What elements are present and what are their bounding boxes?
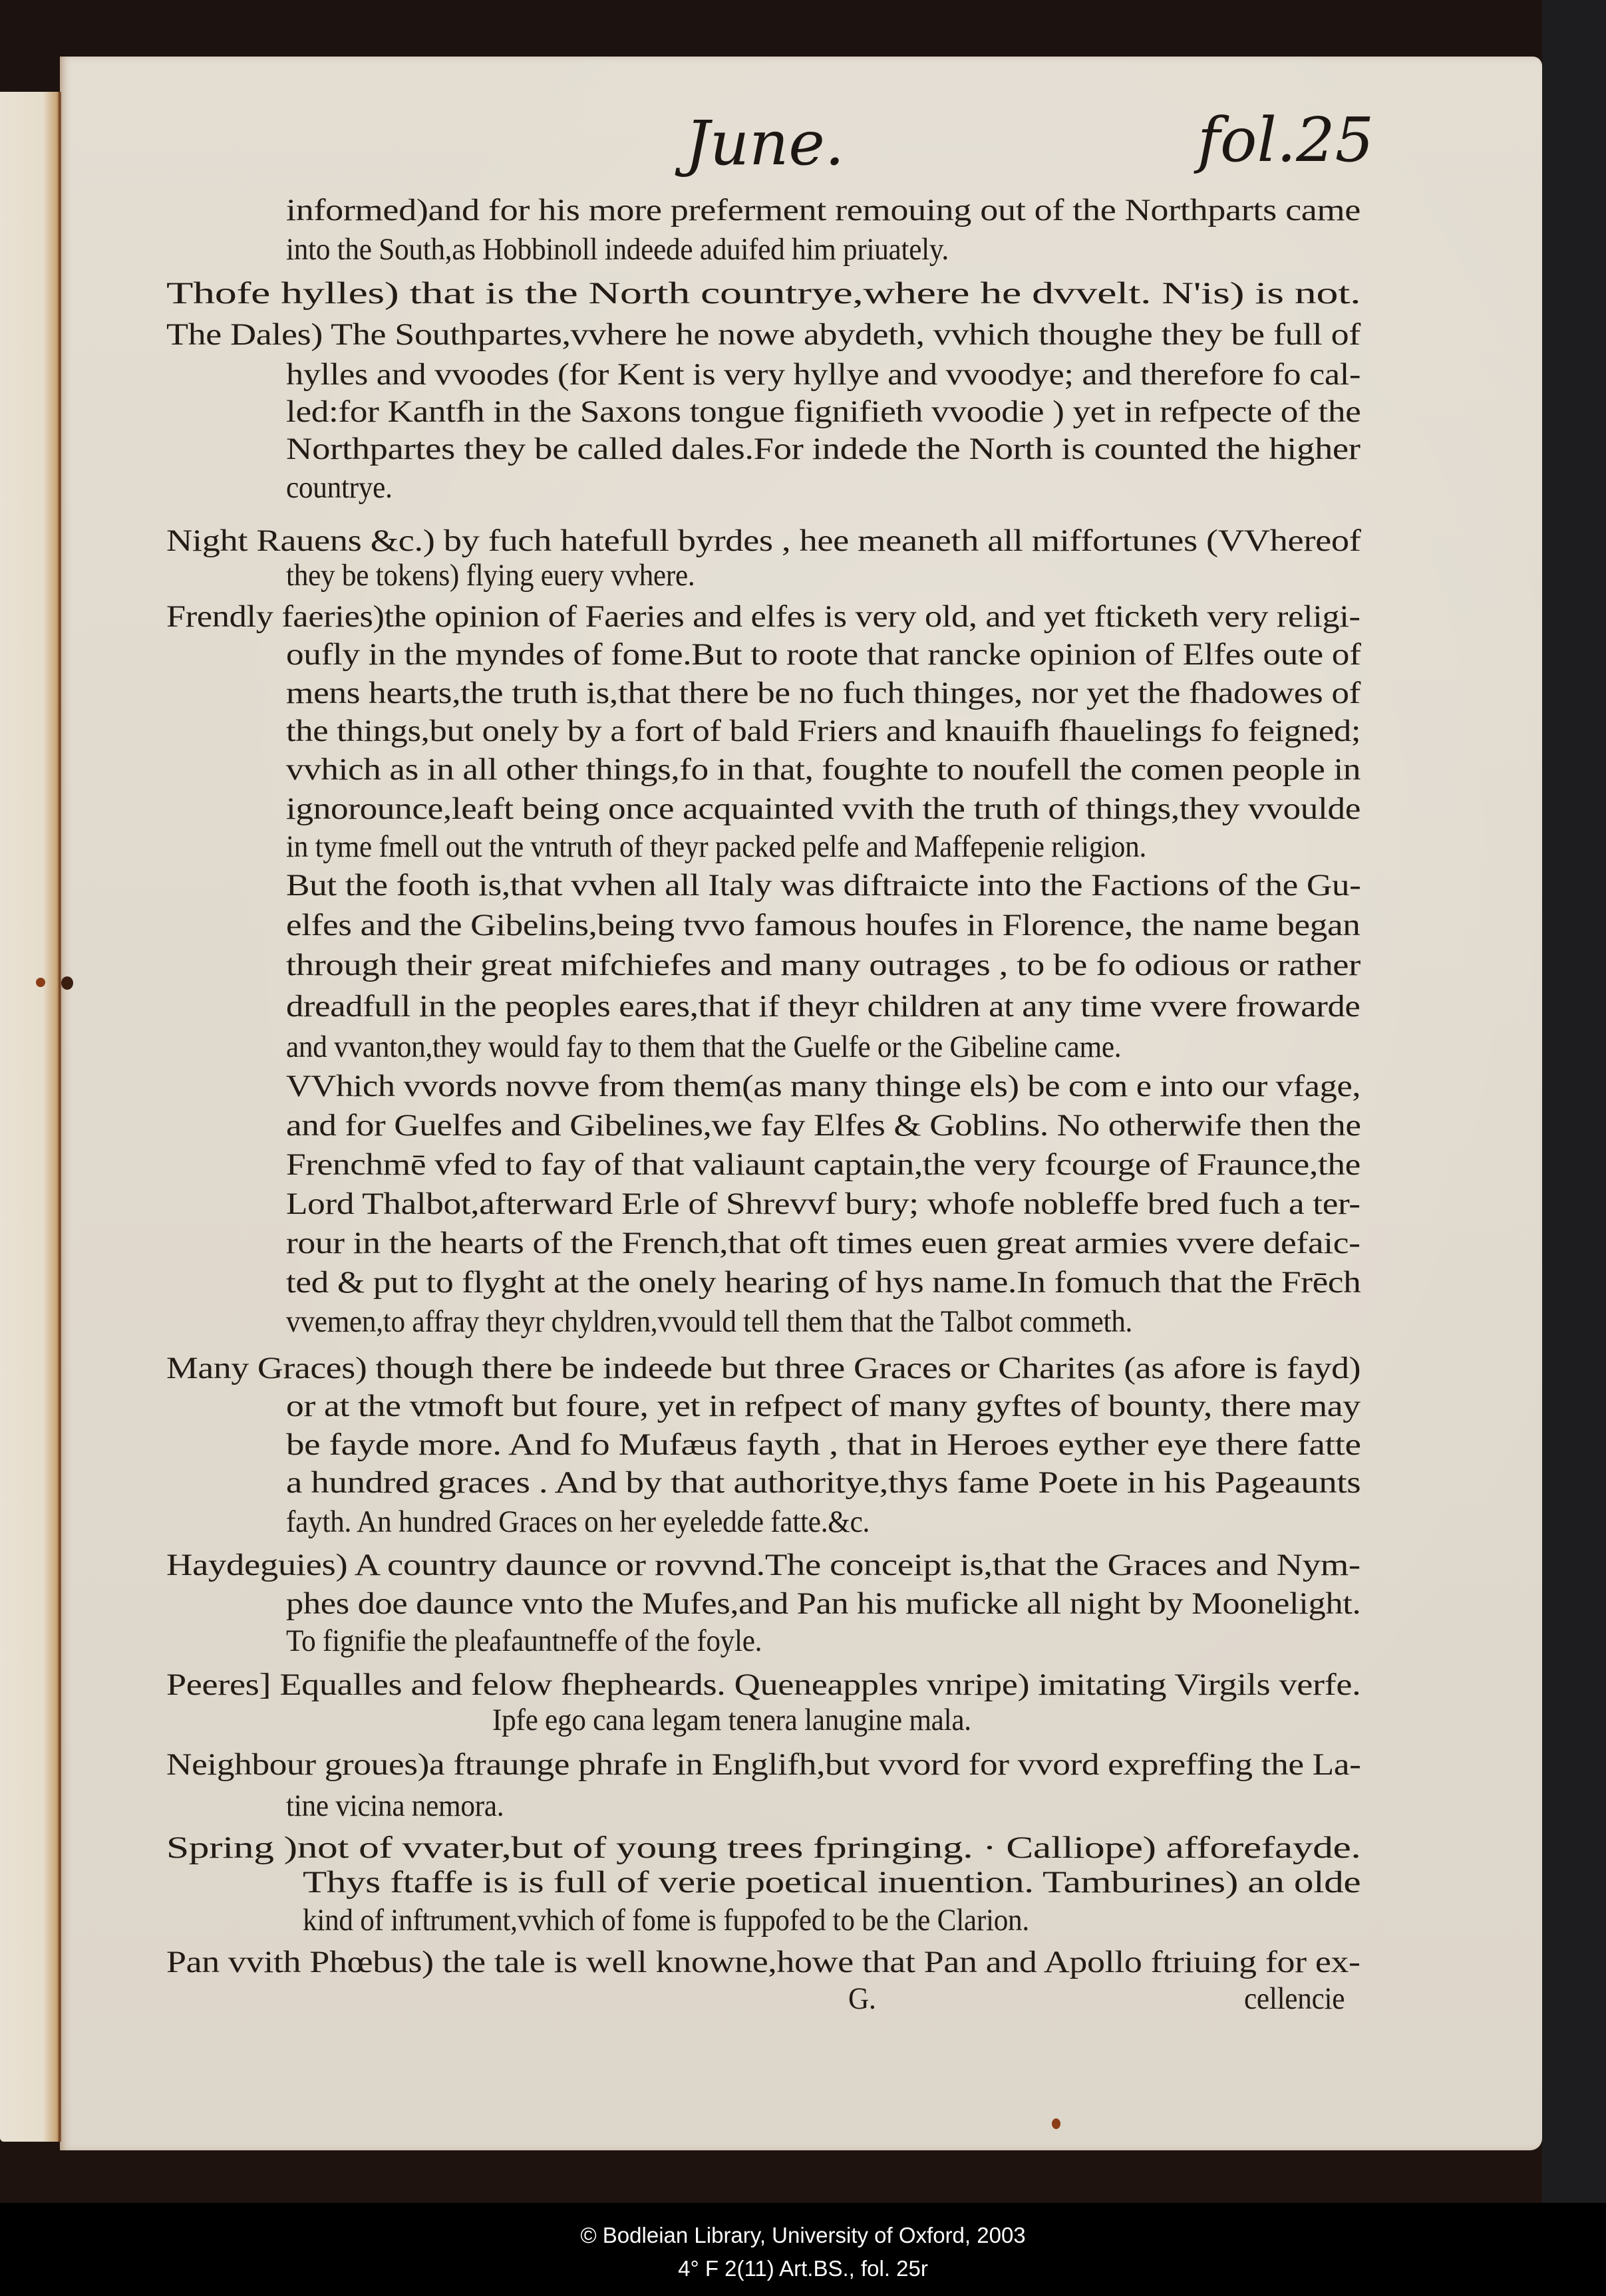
- text-line: Many Graces) though there be indeede but…: [166, 1353, 1361, 1384]
- text-line: through their great mifchiefes and many …: [286, 950, 1361, 981]
- wormhole-stain: [36, 978, 45, 987]
- text-line: Northpartes they be called dales.For ind…: [286, 434, 1361, 465]
- text-line: VVhich vvords novve from them(as many th…: [286, 1071, 1361, 1102]
- text-line: fayth. An hundred Graces on her eyeledde…: [286, 1507, 870, 1538]
- text-line: ted & put to flyght at the onely hearing…: [286, 1267, 1361, 1298]
- text-line: G.: [848, 1983, 876, 2015]
- text-line: mens hearts,the truth is,that there be n…: [286, 678, 1361, 709]
- text-line: Frendly faeries)the opinion of Faeries a…: [166, 601, 1361, 633]
- wormhole-stain: [61, 976, 73, 990]
- text-line: Ipfe ego cana legam tenera lanugine mala…: [492, 1705, 971, 1736]
- text-line: Night Rauens &c.) by fuch hatefull byrde…: [166, 525, 1361, 557]
- footer-band: © Bodleian Library, University of Oxford…: [0, 2203, 1606, 2296]
- text-line: Pan vvith Phœbus) the tale is well known…: [166, 1947, 1361, 1978]
- text-line: elfes and the Gibelins,being tvvo famous…: [286, 910, 1361, 941]
- text-line: phes doe daunce vnto the Mufes,and Pan h…: [286, 1588, 1361, 1620]
- text-line: Peeres] Equalles and felow fhepheards. Q…: [166, 1669, 1361, 1701]
- text-line: the things,but onely by a fort of bald F…: [286, 716, 1361, 747]
- text-line: kind of inftrument,vvhich of fome is fup…: [303, 1905, 1029, 1936]
- text-line: countrye.: [286, 472, 393, 503]
- text-line: and for Guelfes and Gibelines,we fay Elf…: [286, 1110, 1361, 1141]
- text-line: dreadfull in the peoples eares,that if t…: [286, 991, 1360, 1022]
- text-line: tine vicina nemora.: [286, 1791, 504, 1822]
- text-line: in tyme fmell out the vntruth of theyr p…: [286, 831, 1146, 863]
- text-line: Thys ftaffe is is full of verie poetical…: [303, 1867, 1361, 1898]
- text-line: be fayde more. And fo Mufæus fayth , tha…: [286, 1429, 1361, 1461]
- text-line: The Dales) The Southpartes,vvhere he now…: [166, 319, 1361, 351]
- text-line: hylles and vvoodes (for Kent is very hyl…: [286, 359, 1361, 390]
- text-line: Neighbour groues)a ftraunge phrafe in En…: [166, 1749, 1361, 1781]
- text-line: informed)and for his more preferment rem…: [286, 195, 1361, 226]
- gutter-fold: [59, 92, 61, 2142]
- text-line: vvhich as in all other things,fo in that…: [286, 754, 1361, 786]
- running-title: June.: [685, 113, 844, 174]
- text-line: oufly in the myndes of fome.But to roote…: [286, 639, 1361, 670]
- text-line: into the South,as Hobbinoll indeede adui…: [286, 234, 949, 265]
- text-line: a hundred graces . And by that authority…: [286, 1467, 1361, 1499]
- ink-spot: [1052, 2118, 1060, 2129]
- text-line: But the footh is,that vvhen all Italy wa…: [286, 870, 1361, 901]
- folio-number: fol.25: [1198, 110, 1374, 171]
- text-line: To fignifie the pleafauntneffe of the fo…: [286, 1626, 762, 1657]
- backdrop-right-panel: [1542, 0, 1606, 2203]
- facing-page-edge: [0, 92, 61, 2142]
- text-line: ignorounce,leaft being once acquainted v…: [286, 793, 1361, 825]
- text-line: vvemen,to affray theyr chyldren,vvould t…: [286, 1306, 1132, 1338]
- text-line: Haydeguies) A country daunce or rovvnd.T…: [166, 1550, 1361, 1581]
- shelfmark-caption: 4° F 2(11) Art.BS., fol. 25r: [0, 2256, 1606, 2281]
- copyright-notice: © Bodleian Library, University of Oxford…: [0, 2223, 1606, 2248]
- text-line: Spring )not of vvater,but of young trees…: [166, 1832, 1361, 1864]
- text-line: led:for Kantfh in the Saxons tongue fign…: [286, 396, 1361, 428]
- text-line: and vvanton,they would fay to them that …: [286, 1032, 1121, 1063]
- text-line: Lord Thalbot,afterward Erle of Shrevvf b…: [286, 1189, 1361, 1220]
- text-line: they be tokens) flying euery vvhere.: [286, 560, 695, 591]
- text-line: Frenchmē vfed to fay of that valiaunt ca…: [286, 1149, 1361, 1181]
- text-line: Thofe hylles) that is the North countrye…: [166, 278, 1361, 309]
- text-line: or at the vtmoft but foure, yet in refpe…: [286, 1391, 1361, 1422]
- text-line: rour in the hearts of the French,that of…: [286, 1228, 1361, 1259]
- text-line: cellencie: [1244, 1983, 1345, 2015]
